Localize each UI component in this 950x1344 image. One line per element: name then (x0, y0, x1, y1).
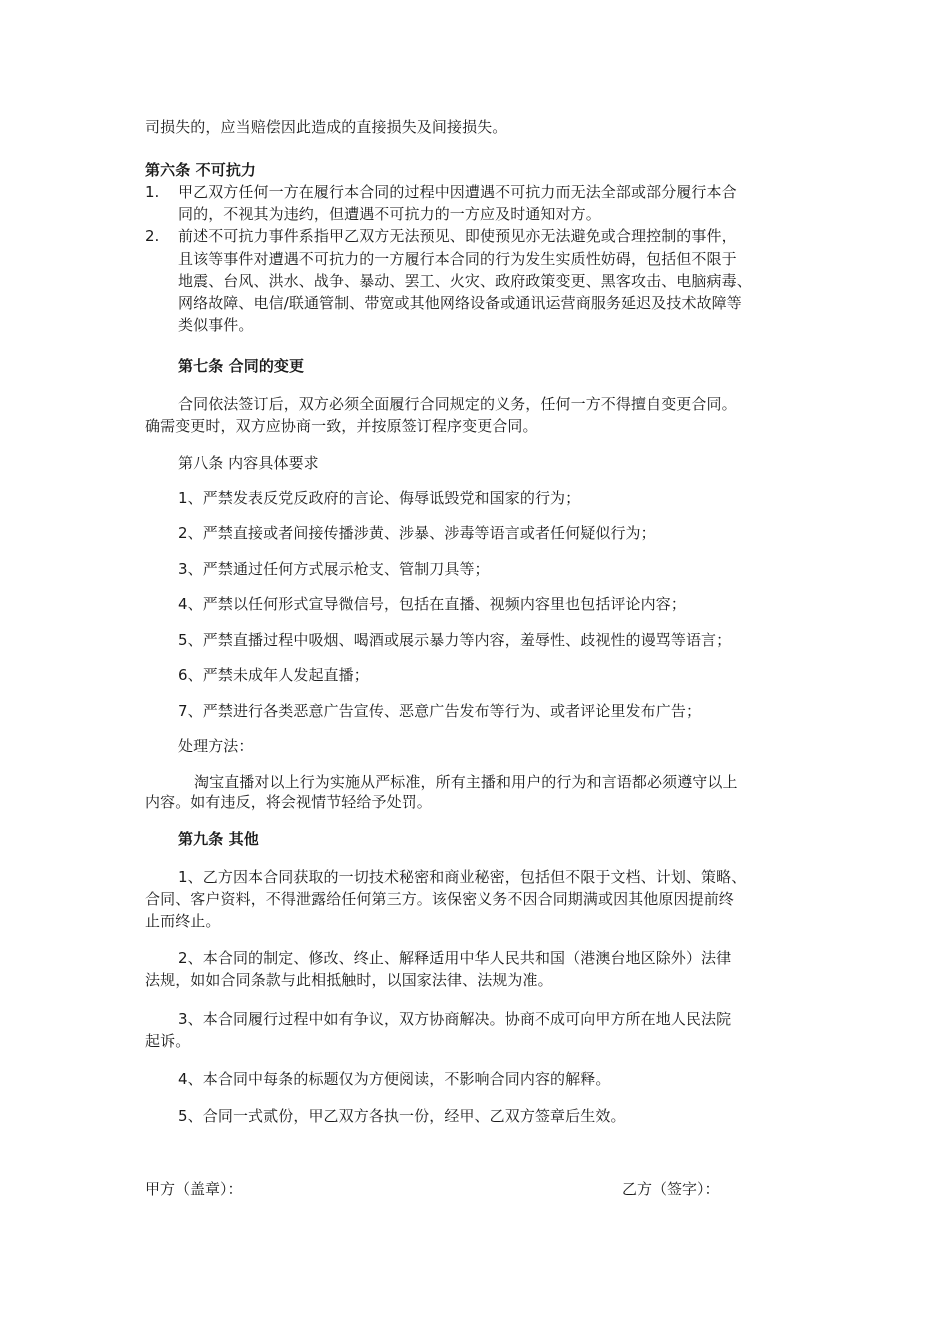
article6-item2-number: 2. (145, 226, 159, 246)
handling-line2: 内容。如有违反，将会视情节轻给予处罚。 (145, 792, 432, 812)
handling-label: 处理方法： (178, 736, 254, 756)
article7-line1: 合同依法签订后，双方必须全面履行合同规定的义务，任何一方不得擅自变更合同。 (178, 394, 737, 414)
article9-item1-line1: 1、乙方因本合同获取的一切技术秘密和商业秘密，包括但不限于文档、计划、策略、 (178, 867, 746, 887)
article8-item3: 3、严禁通过任何方式展示枪支、管制刀具等； (178, 559, 490, 579)
article9-item3-line1: 3、本合同履行过程中如有争议，双方协商解决。协商不成可向甲方所在地人民法院 (178, 1009, 731, 1029)
article6-item2-line4: 网络故障、电信/联通管制、带宽或其他网络设备或通讯运营商服务延迟及技术故障等 (178, 293, 742, 313)
article6-item1-line2: 同的，不视其为违约，但遭遇不可抗力的一方应及时通知对方。 (178, 204, 601, 224)
article9-item2-line2: 法规，如如合同条款与此相抵触时，以国家法律、法规为准。 (145, 970, 553, 990)
article8-item1: 1、严禁发表反党反政府的言论、侮辱诋毁党和国家的行为； (178, 488, 580, 508)
article8-item7: 7、严禁进行各类恶意广告宣传、恶意广告发布等行为、或者评论里发布广告； (178, 701, 701, 721)
handling-line1: 淘宝直播对以上行为实施从严标准，所有主播和用户的行为和言语都必须遵守以上 (194, 772, 738, 792)
article8-item2: 2、严禁直接或者间接传播涉黄、涉暴、涉毒等语言或者任何疑似行为； (178, 523, 656, 543)
document-page: 司损失的，应当赔偿因此造成的直接损失及间接损失。 第六条 不可抗力 1. 甲乙双… (0, 0, 950, 1344)
article6-item2-line2: 且该等事件对遭遇不可抗力的一方履行本合同的行为发生实质性妨碍，包括但不限于 (178, 249, 737, 269)
article7-title: 第七条 合同的变更 (178, 356, 304, 376)
article7-line2: 确需变更时，双方应协商一致，并按原签订程序变更合同。 (145, 416, 538, 436)
article8-item6: 6、严禁未成年人发起直播； (178, 665, 369, 685)
article9-item3-line2: 起诉。 (145, 1031, 190, 1051)
article9-item1-line3: 止而终止。 (145, 911, 221, 931)
party-a-signature-label: 甲方（盖章）： (145, 1179, 243, 1199)
article6-item1-line1: 甲乙双方任何一方在履行本合同的过程中因遭遇不可抗力而无法全部或部分履行本合 (178, 182, 737, 202)
article9-item1-line2: 合同、客户资料，不得泄露给任何第三方。该保密义务不因合同期满或因其他原因提前终 (145, 889, 734, 909)
article6-item2-line3: 地震、台风、洪水、战争、暴动、罢工、火灾、政府政策变更、黑客攻击、电脑病毒、 (178, 271, 752, 291)
article9-item4: 4、本合同中每条的标题仅为方便阅读，不影响合同内容的解释。 (178, 1069, 610, 1089)
article9-title: 第九条 其他 (178, 829, 259, 849)
article8-item5: 5、严禁直播过程中吸烟、喝酒或展示暴力等内容，羞辱性、歧视性的谩骂等语言； (178, 630, 731, 650)
party-b-signature-label: 乙方（签字）： (622, 1179, 720, 1199)
article6-item1-number: 1. (145, 182, 159, 202)
article6-item2-line5: 类似事件。 (178, 315, 254, 335)
article6-item2-line1: 前述不可抗力事件系指甲乙双方无法预见、即使预见亦无法避免或合理控制的事件， (178, 226, 737, 246)
article9-item2-line1: 2、本合同的制定、修改、终止、解释适用中华人民共和国（港澳台地区除外）法律 (178, 948, 731, 968)
intro-line: 司损失的，应当赔偿因此造成的直接损失及间接损失。 (145, 117, 507, 137)
article9-item5: 5、合同一式贰份，甲乙双方各执一份，经甲、乙双方签章后生效。 (178, 1106, 626, 1126)
article8-title: 第八条 内容具体要求 (178, 453, 319, 473)
article8-item4: 4、严禁以任何形式宣导微信号，包括在直播、视频内容里也包括评论内容； (178, 594, 686, 614)
article6-title: 第六条 不可抗力 (145, 160, 256, 180)
